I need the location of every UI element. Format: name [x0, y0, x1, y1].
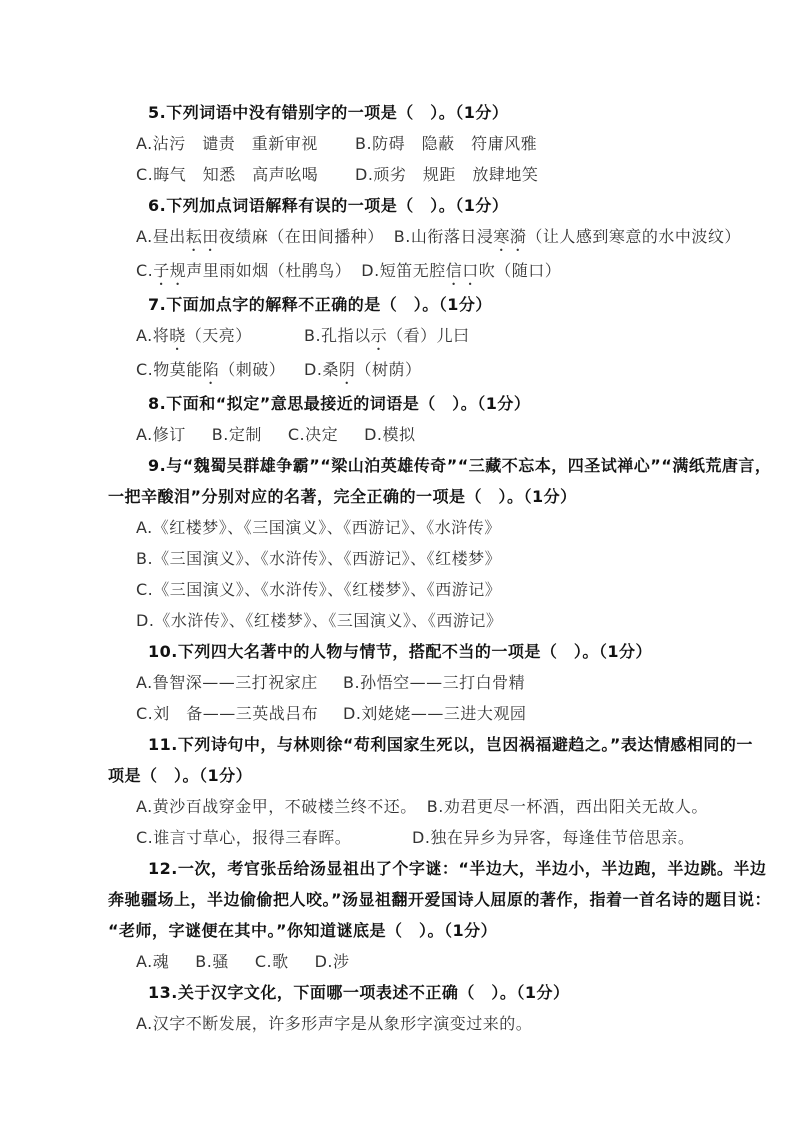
question-6-option-a: A.昼出耘田夜绩麻（在田间播种）: [136, 221, 394, 255]
emphasized-text: 示: [371, 326, 388, 345]
emphasized-text: 耘田: [186, 227, 219, 246]
question-5-option-c: C.晦气 知悉 高声吆喝: [136, 159, 355, 190]
question-12-option-a: A.魂: [136, 946, 169, 977]
emphasized-text: 晓: [169, 326, 186, 345]
question-8: 8.下面和“拟定”意思最接近的词语是（ ）。（1分）A.修订B.定制C.决定D.…: [108, 388, 741, 450]
question-9-stem-line-1: 9.与“魏蜀吴群雄争霸”“梁山泊英雄传奇”“三藏不忘本，四圣试禅心”“满纸荒唐言…: [108, 450, 741, 481]
question-11-options-row-2: C.谁言寸草心，报得三春晖。D.独在异乡为异客，每逢佳节倍思亲。: [136, 822, 741, 853]
question-8-option-c: C.决定: [288, 419, 338, 450]
question-12: 12.一次，考官张岳给汤显祖出了个字谜：“半边大，半边小，半边跑，半边跳。半边奔…: [108, 853, 741, 977]
question-9-options-row-2: B.《三国演义》、《水浒传》、《西游记》、《红楼梦》: [136, 543, 741, 574]
question-12-stem-line-2: 奔驰疆场上，半边偷偷把人咬。”汤显祖翻开爱国诗人屈原的著作，指着一首名诗的题目说…: [108, 884, 741, 915]
question-12-stem-line-3: “老师，字谜便在其中。”你知道谜底是（ ）。（1分）: [108, 915, 741, 946]
emphasized-text: 阴: [339, 360, 356, 379]
question-11-option-a: A.黄沙百战穿金甲，不破楼兰终不还。: [136, 791, 427, 822]
question-5-options-row-1: A.沾污 谴责 重新审视B.防碍 隐蔽 符庸风雅: [136, 128, 741, 159]
question-13-option-a: A.汉字不断发展，许多形声字是从象形字演变过来的。: [136, 1008, 542, 1039]
question-5-option-a: A.沾污 谴责 重新审视: [136, 128, 355, 159]
question-7-options-row-1: A.将晓（天亮）B.孔指以示（看）儿曰: [136, 320, 741, 354]
question-13: 13.关于汉字文化，下面哪一项表述不正确（ ）。（1分）A.汉字不断发展，许多形…: [108, 977, 741, 1039]
question-11-option-b: B.劝君更尽一杯酒，西出阳关无故人。: [427, 791, 708, 822]
emphasized-text: 信口: [446, 261, 479, 280]
question-12-stem-line-1: 12.一次，考官张岳给汤显祖出了个字谜：“半边大，半边小，半边跑，半边跳。半边: [108, 853, 741, 884]
question-10-options-row-1: A.鲁智深——三打祝家庄B.孙悟空——三打白骨精: [136, 667, 741, 698]
question-5-options-row-2: C.晦气 知悉 高声吆喝D.顽劣 规距 放肆地笑: [136, 159, 741, 190]
question-12-option-c: C.歌: [255, 946, 289, 977]
questions: 5.下列词语中没有错别字的一项是（ ）。（1分）A.沾污 谴责 重新审视B.防碍…: [108, 97, 741, 1039]
question-8-stem-line-1: 8.下面和“拟定”意思最接近的词语是（ ）。（1分）: [108, 388, 741, 419]
question-7-option-a: A.将晓（天亮）: [136, 320, 304, 354]
question-10-option-b: B.孙悟空——三打白骨精: [343, 667, 525, 698]
question-10-option-c: C.刘 备——三英战吕布: [136, 698, 343, 729]
question-7-option-c: C.物莫能陷（刺破）: [136, 354, 304, 388]
question-13-options-row-1: A.汉字不断发展，许多形声字是从象形字演变过来的。: [136, 1008, 741, 1039]
question-10: 10.下列四大名著中的人物与情节，搭配不当的一项是（ ）。（1分）A.鲁智深——…: [108, 636, 741, 729]
question-12-option-d: D.涉: [315, 946, 350, 977]
question-8-options-row-1: A.修订B.定制C.决定D.模拟: [136, 419, 741, 450]
question-8-option-d: D.模拟: [364, 419, 415, 450]
question-10-stem-line-1: 10.下列四大名著中的人物与情节，搭配不当的一项是（ ）。（1分）: [108, 636, 741, 667]
emphasized-text: 陷: [203, 360, 220, 379]
question-11-stem-line-1: 11.下列诗句中，与林则徐“苟利国家生死以，岂因祸福避趋之。”表达情感相同的一: [108, 729, 741, 760]
emphasized-text: 寒漪: [493, 227, 526, 246]
question-6-options-row-1: A.昼出耘田夜绩麻（在田间播种）B.山衔落日浸寒漪（让人感到寒意的水中波纹）: [136, 221, 741, 255]
emphasized-text: 子规: [153, 261, 186, 280]
question-10-option-a: A.鲁智深——三打祝家庄: [136, 667, 343, 698]
question-8-option-b: B.定制: [212, 419, 262, 450]
question-7: 7.下面加点字的解释不正确的是（ ）。（1分）A.将晓（天亮）B.孔指以示（看）…: [108, 289, 741, 388]
question-9-option-a: A.《红楼梦》、《三国演义》、《西游记》、《水浒传》: [136, 512, 511, 543]
question-9-stem-line-2: 一把辛酸泪”分别对应的名著，完全正确的一项是（ ）。（1分）: [108, 481, 741, 512]
question-11-option-c: C.谁言寸草心，报得三春晖。: [136, 822, 412, 853]
question-10-option-d: D.刘姥姥——三进大观园: [343, 698, 526, 729]
question-5-option-d: D.顽劣 规距 放肆地笑: [355, 159, 538, 190]
question-9-options-row-4: D.《水浒传》、《红楼梦》、《三国演义》、《西游记》: [136, 605, 741, 636]
question-6-option-c: C.子规声里雨如烟（杜鹃鸟）: [136, 255, 361, 289]
question-11-options-row-1: A.黄沙百战穿金甲，不破楼兰终不还。B.劝君更尽一杯酒，西出阳关无故人。: [136, 791, 741, 822]
question-8-option-a: A.修订: [136, 419, 186, 450]
question-11: 11.下列诗句中，与林则徐“苟利国家生死以，岂因祸福避趋之。”表达情感相同的一项…: [108, 729, 741, 853]
question-12-options-row-1: A.魂B.骚C.歌D.涉: [136, 946, 741, 977]
question-6-option-b: B.山衔落日浸寒漪（让人感到寒意的水中波纹）: [394, 221, 741, 255]
question-6-options-row-2: C.子规声里雨如烟（杜鹃鸟）D.短笛无腔信口吹（随口）: [136, 255, 741, 289]
exam-page: 5.下列词语中没有错别字的一项是（ ）。（1分）A.沾污 谴责 重新审视B.防碍…: [0, 0, 793, 1122]
question-5-option-b: B.防碍 隐蔽 符庸风雅: [355, 128, 537, 159]
question-10-options-row-2: C.刘 备——三英战吕布D.刘姥姥——三进大观园: [136, 698, 741, 729]
question-9: 9.与“魏蜀吴群雄争霸”“梁山泊英雄传奇”“三藏不忘本，四圣试禅心”“满纸荒唐言…: [108, 450, 741, 636]
question-7-option-d: D.桑阴（树荫）: [304, 354, 421, 388]
question-9-option-c: C.《三国演义》、《水浒传》、《红楼梦》、《西游记》: [136, 574, 511, 605]
question-6: 6.下列加点词语解释有误的一项是（ ）。（1分）A.昼出耘田夜绩麻（在田间播种）…: [108, 190, 741, 289]
question-9-options-row-3: C.《三国演义》、《水浒传》、《红楼梦》、《西游记》: [136, 574, 741, 605]
question-5: 5.下列词语中没有错别字的一项是（ ）。（1分）A.沾污 谴责 重新审视B.防碍…: [108, 97, 741, 190]
question-5-stem-line-1: 5.下列词语中没有错别字的一项是（ ）。（1分）: [108, 97, 741, 128]
question-11-option-d: D.独在异乡为异客，每逢佳节倍思亲。: [412, 822, 694, 853]
question-9-options-row-1: A.《红楼梦》、《三国演义》、《西游记》、《水浒传》: [136, 512, 741, 543]
question-7-stem-line-1: 7.下面加点字的解释不正确的是（ ）。（1分）: [108, 289, 741, 320]
question-11-stem-line-2: 项是（ ）。（1分）: [108, 760, 741, 791]
question-13-stem-line-1: 13.关于汉字文化，下面哪一项表述不正确（ ）。（1分）: [108, 977, 741, 1008]
question-9-option-b: B.《三国演义》、《水浒传》、《西游记》、《红楼梦》: [136, 543, 511, 574]
question-6-option-d: D.短笛无腔信口吹（随口）: [361, 255, 561, 289]
question-6-stem-line-1: 6.下列加点词语解释有误的一项是（ ）。（1分）: [108, 190, 741, 221]
question-12-option-b: B.骚: [195, 946, 229, 977]
question-9-option-d: D.《水浒传》、《红楼梦》、《三国演义》、《西游记》: [136, 605, 512, 636]
question-7-options-row-2: C.物莫能陷（刺破）D.桑阴（树荫）: [136, 354, 741, 388]
question-7-option-b: B.孔指以示（看）儿曰: [304, 320, 470, 354]
